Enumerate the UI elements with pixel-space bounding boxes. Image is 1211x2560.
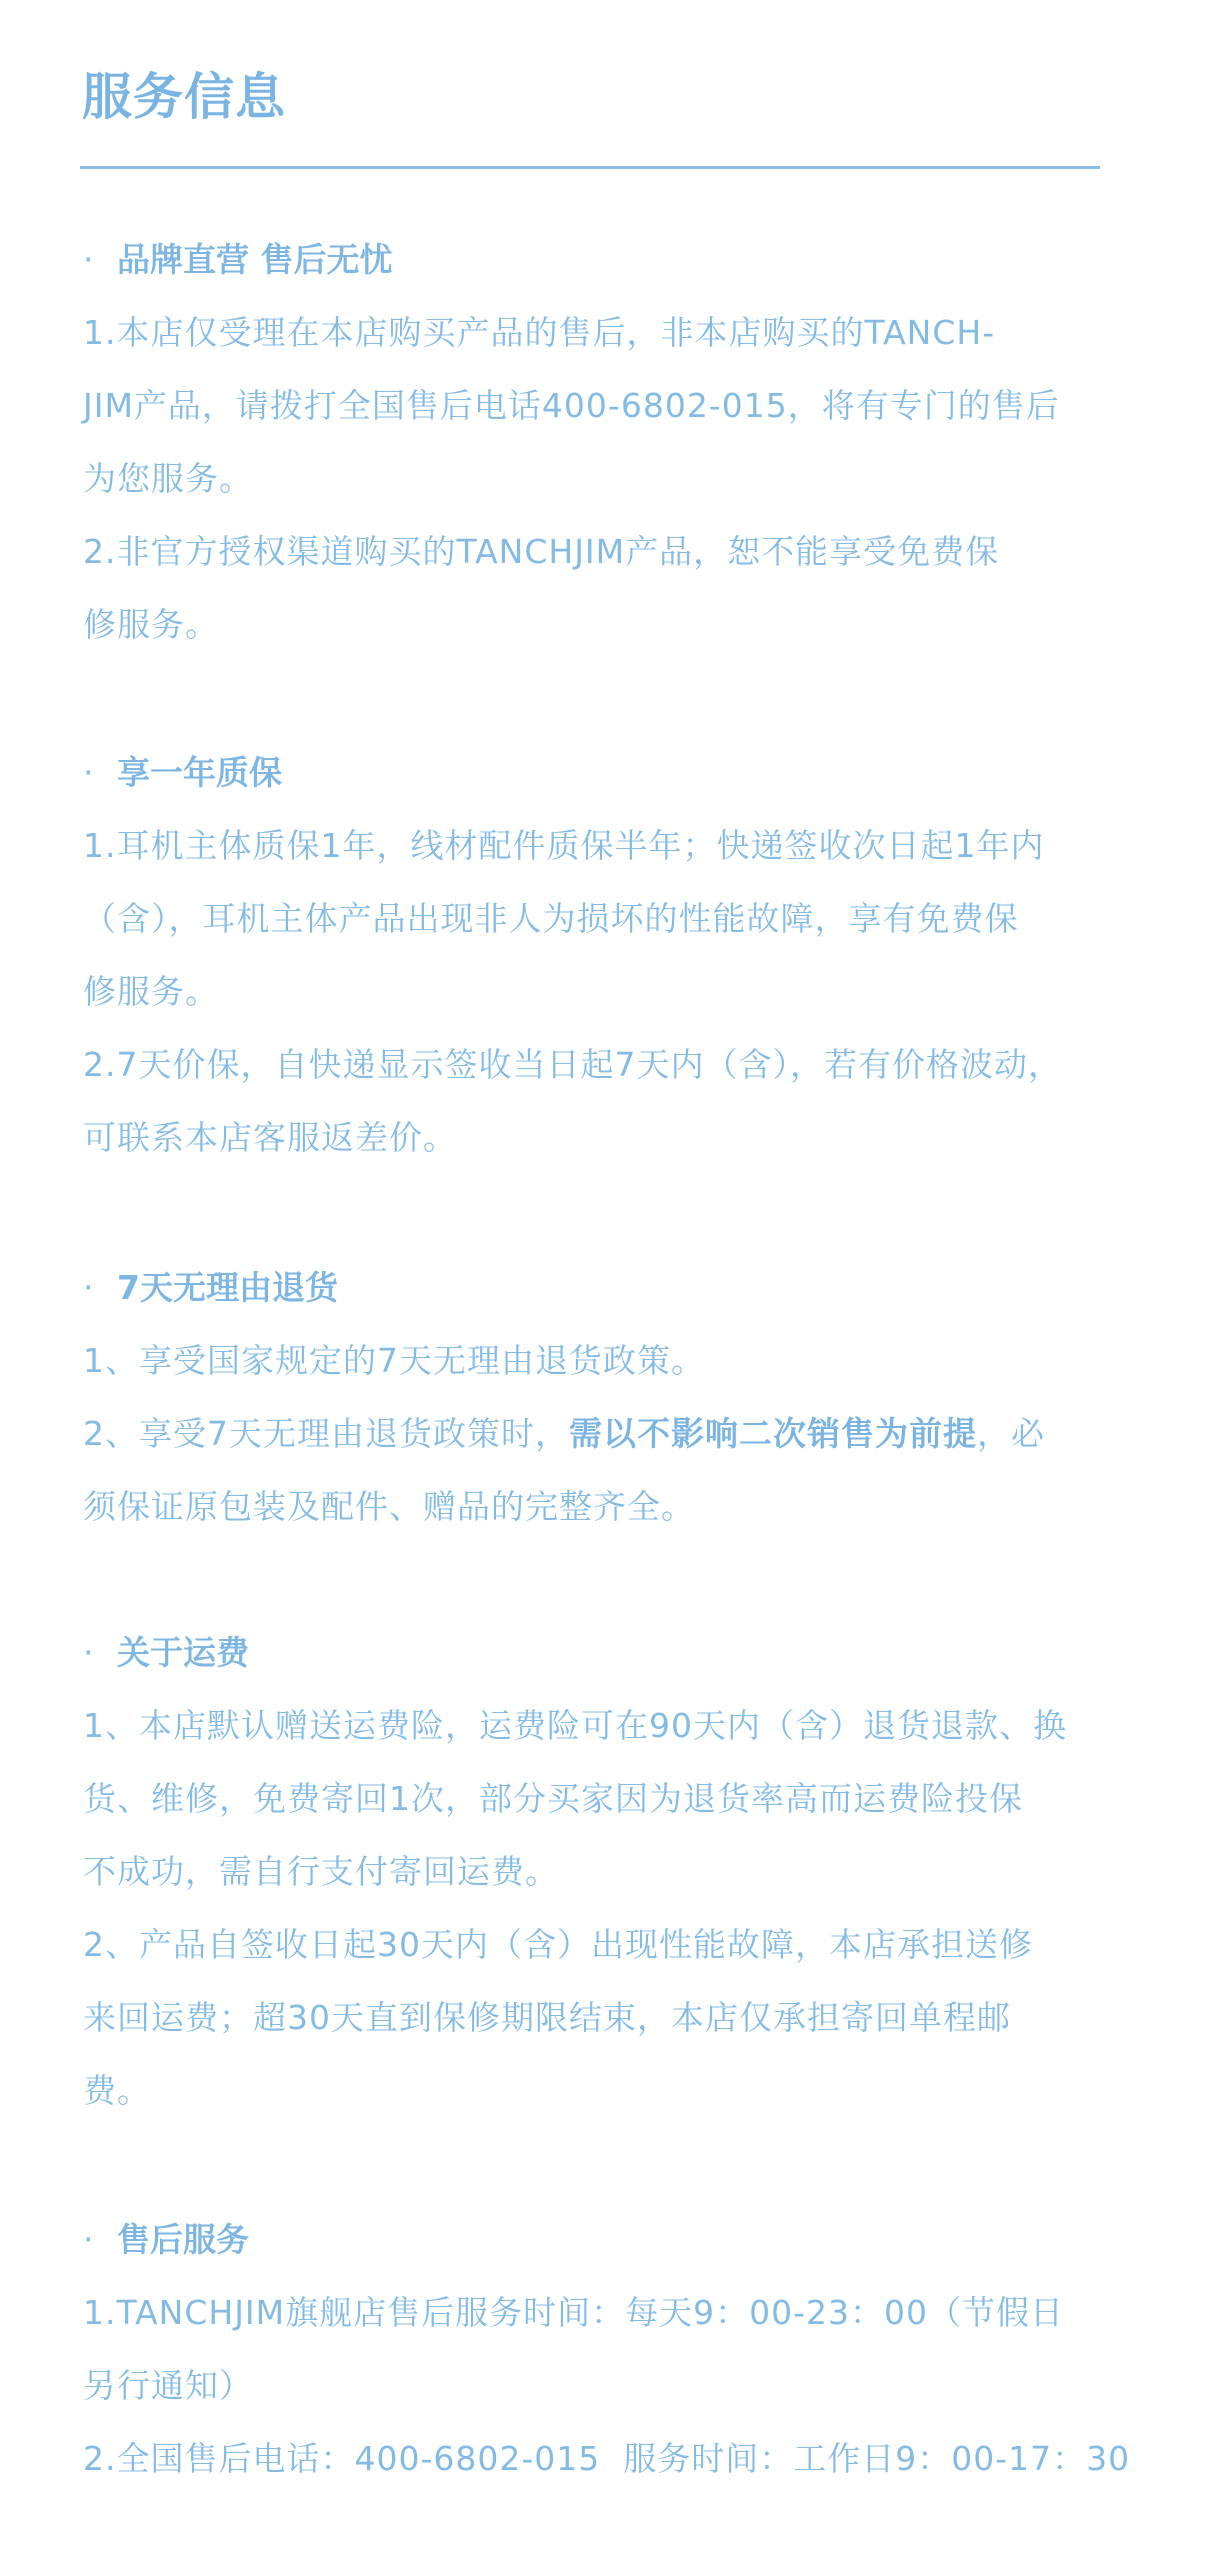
page-title: 服务信息 [82,66,286,128]
section-heading-text: 享一年质保 [117,736,282,809]
section-seven-day-return: · 7天无理由退货 1、享受国家规定的7天无理由退货政策。 2、享受7天无理由退… [83,1251,1143,1543]
bullet-dot-icon: · [83,1616,117,1689]
section-heading-text: 关于运费 [117,1616,249,1689]
paragraph-line: 须保证原包装及配件、赠品的完整齐全。 [83,1470,1143,1543]
paragraph-line: 2、产品自签收日起30天内（含）出现性能故障，本店承担送修 [83,1908,1143,1981]
paragraph-line: 货、维修，免费寄回1次，部分买家因为退货率高而运费险投保 [83,1762,1143,1835]
paragraph-line: 1、享受国家规定的7天无理由退货政策。 [83,1324,1143,1397]
section-shipping-fees: · 关于运费 1、本店默认赠送运费险，运费险可在90天内（含）退货退款、换 货、… [83,1616,1143,2127]
paragraph-line: 不成功，需自行支付寄回运费。 [83,1835,1143,1908]
paragraph-line: 1.耳机主体质保1年，线材配件质保半年；快递签收次日起1年内 [83,809,1143,882]
section-heading-text: 品牌直营 售后无忧 [117,223,393,296]
paragraph-line: 费。 [83,2054,1143,2127]
section-heading: · 7天无理由退货 [83,1251,1143,1324]
paragraph-line: 另行通知） [83,2349,1143,2422]
line-text: 2、享受7天无理由退货政策时， [83,1414,569,1453]
section-one-year-warranty: · 享一年质保 1.耳机主体质保1年，线材配件质保半年；快递签收次日起1年内 （… [83,736,1143,1174]
section-heading-text: 售后服务 [117,2203,249,2276]
section-heading: · 关于运费 [83,1616,1143,1689]
paragraph-line: 来回运费；超30天直到保修期限结束，本店仅承担寄回单程邮 [83,1981,1143,2054]
paragraph-line: 为您服务。 [83,442,1143,515]
paragraph-line: （含），耳机主体产品出现非人为损坏的性能故障，享有免费保 [83,882,1143,955]
paragraph-line: 2、享受7天无理由退货政策时，需以不影响二次销售为前提，必 [83,1397,1143,1470]
section-heading-text: 7天无理由退货 [117,1251,338,1324]
bullet-dot-icon: · [83,2203,117,2276]
paragraph-line: 可联系本店客服返差价。 [83,1101,1143,1174]
paragraph-line: 2.全国售后电话：400-6802-015 服务时间：工作日9：00-17：30 [83,2422,1143,2495]
section-heading: · 享一年质保 [83,736,1143,809]
paragraph-line: 修服务。 [83,588,1143,661]
line-text: ，必 [977,1414,1045,1453]
paragraph-line: 2.非官方授权渠道购买的TANCHJIM产品，恕不能享受免费保 [83,515,1143,588]
section-heading: · 售后服务 [83,2203,1143,2276]
bullet-dot-icon: · [83,223,117,296]
paragraph-line: 1.TANCHJIM旗舰店售后服务时间：每天9：00-23：00（节假日 [83,2276,1143,2349]
section-brand-direct: · 品牌直营 售后无忧 1.本店仅受理在本店购买产品的售后，非本店购买的TANC… [83,223,1143,661]
bullet-dot-icon: · [83,1251,117,1324]
section-heading: · 品牌直营 售后无忧 [83,223,1143,296]
paragraph-line: 1、本店默认赠送运费险，运费险可在90天内（含）退货退款、换 [83,1689,1143,1762]
bullet-dot-icon: · [83,736,117,809]
emphasis-text: 需以不影响二次销售为前提 [569,1414,977,1453]
paragraph-line: 2.7天价保，自快递显示签收当日起7天内（含），若有价格波动， [83,1028,1143,1101]
paragraph-line: JIM产品，请拨打全国售后电话400-6802-015，将有专门的售后 [83,369,1143,442]
section-after-sales-service: · 售后服务 1.TANCHJIM旗舰店售后服务时间：每天9：00-23：00（… [83,2203,1143,2495]
paragraph-line: 1.本店仅受理在本店购买产品的售后，非本店购买的TANCH- [83,296,1143,369]
paragraph-line: 修服务。 [83,955,1143,1028]
title-divider [80,166,1100,169]
